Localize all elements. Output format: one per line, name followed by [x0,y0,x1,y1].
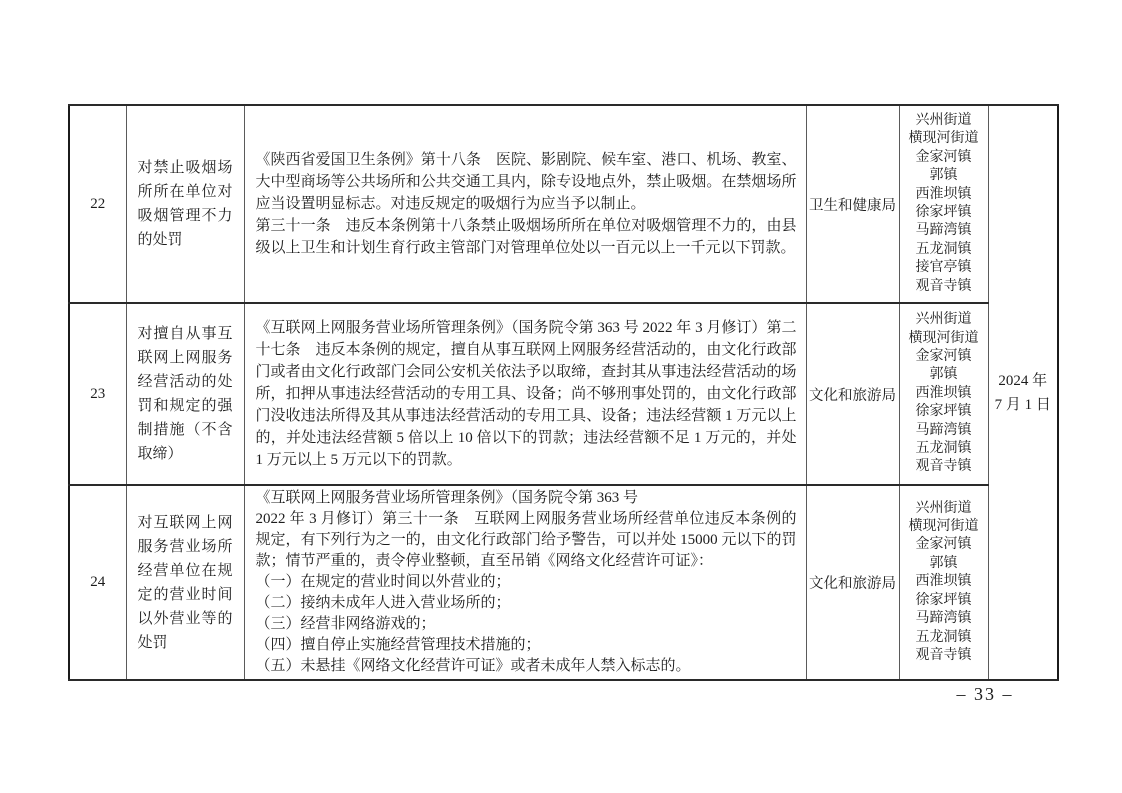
row-24-number-cell: 24 [69,485,126,680]
row-23-legal-basis-cell: 《互联网上网服务营业场所管理条例》（国务院令第 363 号 2022 年 3 月… [244,303,806,485]
regulations-table: 22 对禁止吸烟场所所在单位对吸烟管理不力的处罚 《陕西省爱国卫生条例》第十八条… [68,104,1059,681]
row-22-towns-cell: 兴州街道 横现河街道 金家河镇 郭镇 西淮坝镇 徐家坪镇 马蹄湾镇 五龙洞镇 接… [899,105,988,303]
row-22-department-cell: 卫生和健康局 [806,105,899,303]
document-page: 22 对禁止吸烟场所所在单位对吸烟管理不力的处罚 《陕西省爱国卫生条例》第十八条… [0,0,1122,793]
table-row: 22 对禁止吸烟场所所在单位对吸烟管理不力的处罚 《陕西省爱国卫生条例》第十八条… [69,105,1058,303]
page-number: – 33 – [930,684,1040,705]
row-24-legal-basis-cell: 《互联网上网服务营业场所管理条例》（国务院令第 363 号 2022 年 3 月… [244,485,806,680]
row-24-department-cell: 文化和旅游局 [806,485,899,680]
row-23-department-cell: 文化和旅游局 [806,303,899,485]
row-24-towns-cell: 兴州街道 横现河街道 金家河镇 郭镇 西淮坝镇 徐家坪镇 马蹄湾镇 五龙洞镇 观… [899,485,988,680]
effective-date-cell: 2024 年 7 月 1 日 [988,105,1058,680]
row-22-legal-basis-cell: 《陕西省爱国卫生条例》第十八条 医院、影剧院、候车室、港口、机场、教室、大中型商… [244,105,806,303]
row-23-item-cell: 对擅自从事互联网上网服务经营活动的处罚和规定的强制措施（不含取缔） [126,303,244,485]
row-24-item-cell: 对互联网上网服务营业场所经营单位在规定的营业时间以外营业等的处罚 [126,485,244,680]
row-22-item-cell: 对禁止吸烟场所所在单位对吸烟管理不力的处罚 [126,105,244,303]
row-23-number-cell: 23 [69,303,126,485]
row-22-number-cell: 22 [69,105,126,303]
table-row: 23 对擅自从事互联网上网服务经营活动的处罚和规定的强制措施（不含取缔） 《互联… [69,303,1058,485]
row-23-towns-cell: 兴州街道 横现河街道 金家河镇 郭镇 西淮坝镇 徐家坪镇 马蹄湾镇 五龙洞镇 观… [899,303,988,485]
table-row: 24 对互联网上网服务营业场所经营单位在规定的营业时间以外营业等的处罚 《互联网… [69,485,1058,680]
